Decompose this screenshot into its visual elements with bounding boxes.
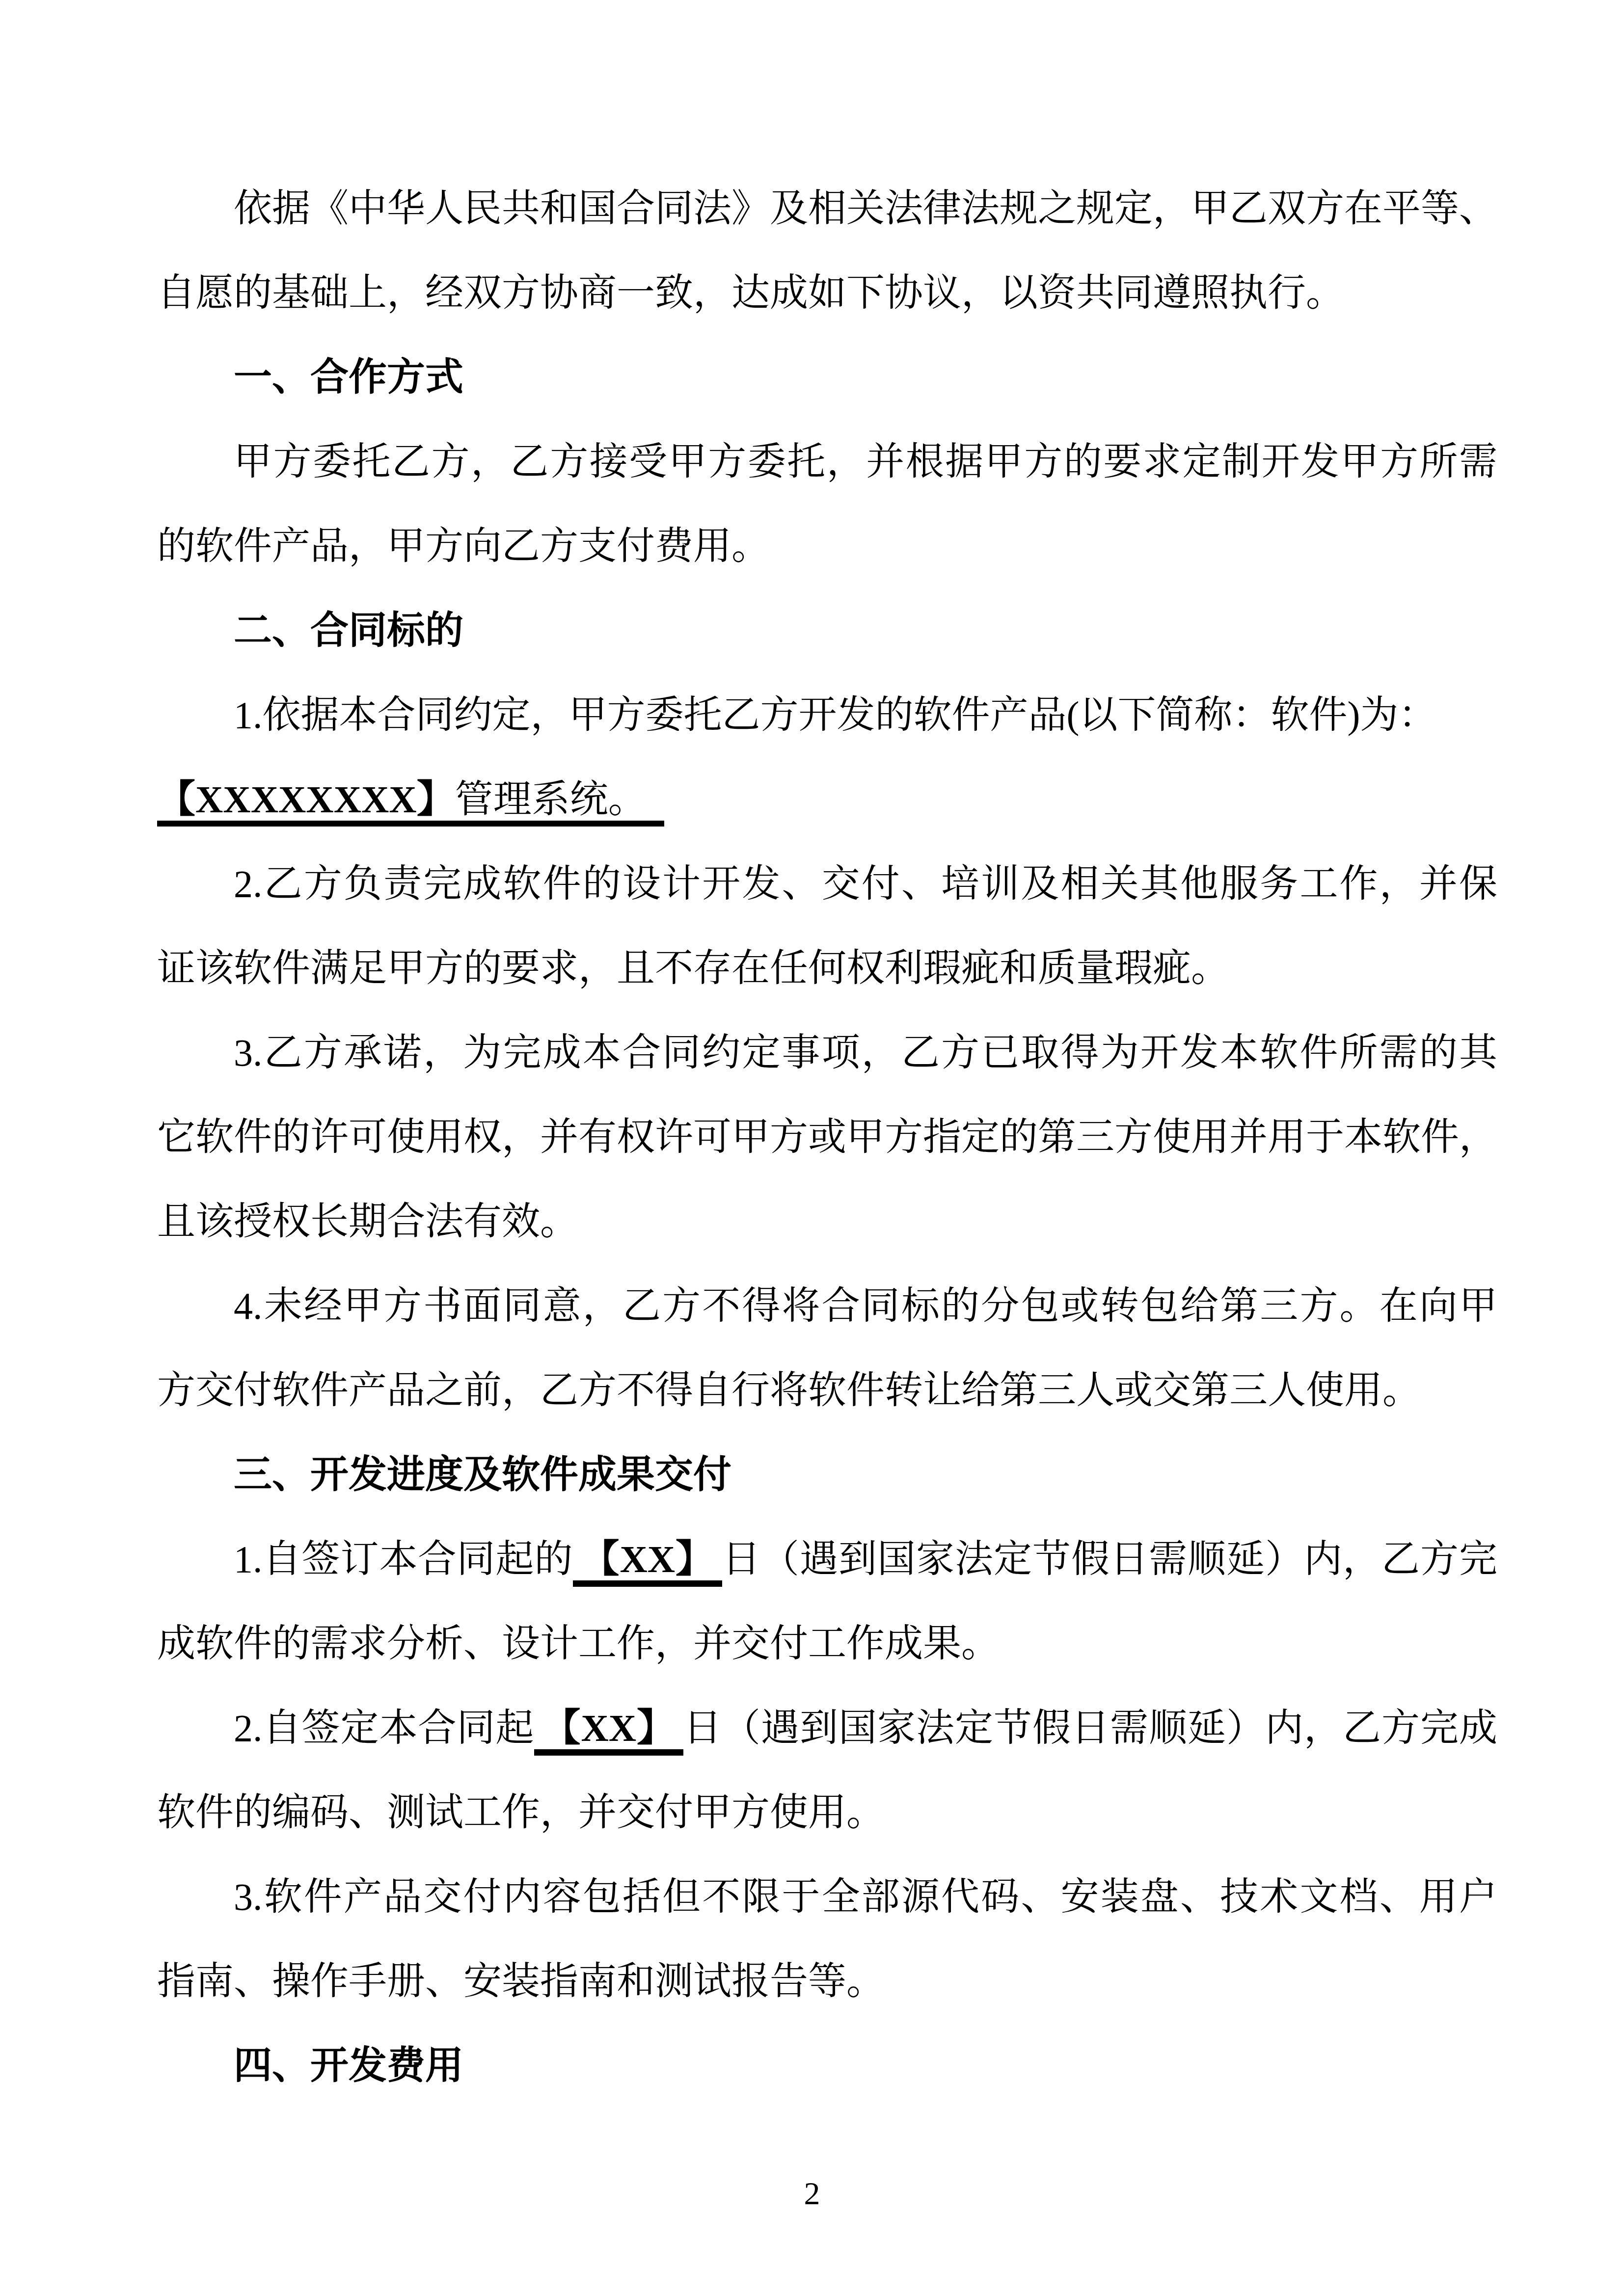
blank-placeholder-days-2: 【XX】 (534, 1707, 683, 1756)
heading-development-cost: 四、开发费用 (157, 2024, 1497, 2108)
body-line: 软件的编码、测试工作，并交付甲方使用。 (157, 1770, 1497, 1855)
body-run: 日（遇到国家法定节假日需顺延）内，乙方完成 (683, 1707, 1497, 1749)
software-name-suffix: 管理系统。 (455, 778, 664, 827)
contract-page: 依据《中华人民共和国合同法》及相关法律法规之规定，甲乙双方在平等、 自愿的基础上… (0, 0, 1624, 2296)
body-line: 指南、操作手册、安装指南和测试报告等。 (157, 1939, 1497, 2024)
contract-body: 依据《中华人民共和国合同法》及相关法律法规之规定，甲乙双方在平等、 自愿的基础上… (157, 166, 1497, 2108)
body-line: 2.乙方负责完成软件的设计开发、交付、培训及相关其他服务工作，并保 (157, 842, 1497, 926)
body-line: 证该软件满足甲方的要求，且不存在任何权利瑕疵和质量瑕疵。 (157, 926, 1497, 1011)
body-line: 它软件的许可使用权，并有权许可甲方或甲方指定的第三方使用并用于本软件， (157, 1095, 1497, 1179)
body-run: 日（遇到国家法定节假日需顺延）内，乙方完 (722, 1538, 1497, 1580)
body-line: 1.自签订本合同起的【XX】日（遇到国家法定节假日需顺延）内，乙方完 (157, 1517, 1497, 1602)
blank-placeholder-software-name: 【XXXXXXXX】 (157, 778, 455, 827)
page-number: 2 (0, 2175, 1624, 2213)
body-line: 自愿的基础上，经双方协商一致，达成如下协议，以资共同遵照执行。 (157, 251, 1497, 335)
body-line: 方交付软件产品之前，乙方不得自行将软件转让给第三人或交第三人使用。 (157, 1348, 1497, 1433)
heading-contract-subject: 二、合同标的 (157, 588, 1497, 673)
heading-cooperation-method: 一、合作方式 (157, 335, 1497, 420)
heading-development-progress: 三、开发进度及软件成果交付 (157, 1433, 1497, 1517)
body-line: 的软件产品，甲方向乙方支付费用。 (157, 504, 1497, 588)
body-line: 甲方委托乙方，乙方接受甲方委托，并根据甲方的要求定制开发甲方所需 (157, 420, 1497, 504)
body-run: 1.自签订本合同起的 (234, 1538, 573, 1580)
body-line: 3.乙方承诺，为完成本合同约定事项，乙方已取得为开发本软件所需的其 (157, 1011, 1497, 1095)
body-line: 且该授权长期合法有效。 (157, 1179, 1497, 1264)
body-line: 3.软件产品交付内容包括但不限于全部源代码、安装盘、技术文档、用户 (157, 1855, 1497, 1939)
body-line: 4.未经甲方书面同意，乙方不得将合同标的分包或转包给第三方。在向甲 (157, 1264, 1497, 1348)
body-line: 成软件的需求分析、设计工作，并交付工作成果。 (157, 1602, 1497, 1686)
blank-placeholder-days-1: 【XX】 (573, 1538, 722, 1587)
body-run: 2.自签定本合同起 (234, 1707, 534, 1749)
body-line: 2.自签定本合同起【XX】日（遇到国家法定节假日需顺延）内，乙方完成 (157, 1686, 1497, 1770)
body-line: 依据《中华人民共和国合同法》及相关法律法规之规定，甲乙双方在平等、 (157, 166, 1497, 251)
software-name-line: 【XXXXXXXX】管理系统。 (157, 757, 1497, 842)
body-line: 1.依据本合同约定，甲方委托乙方开发的软件产品(以下简称：软件)为： (157, 673, 1497, 757)
